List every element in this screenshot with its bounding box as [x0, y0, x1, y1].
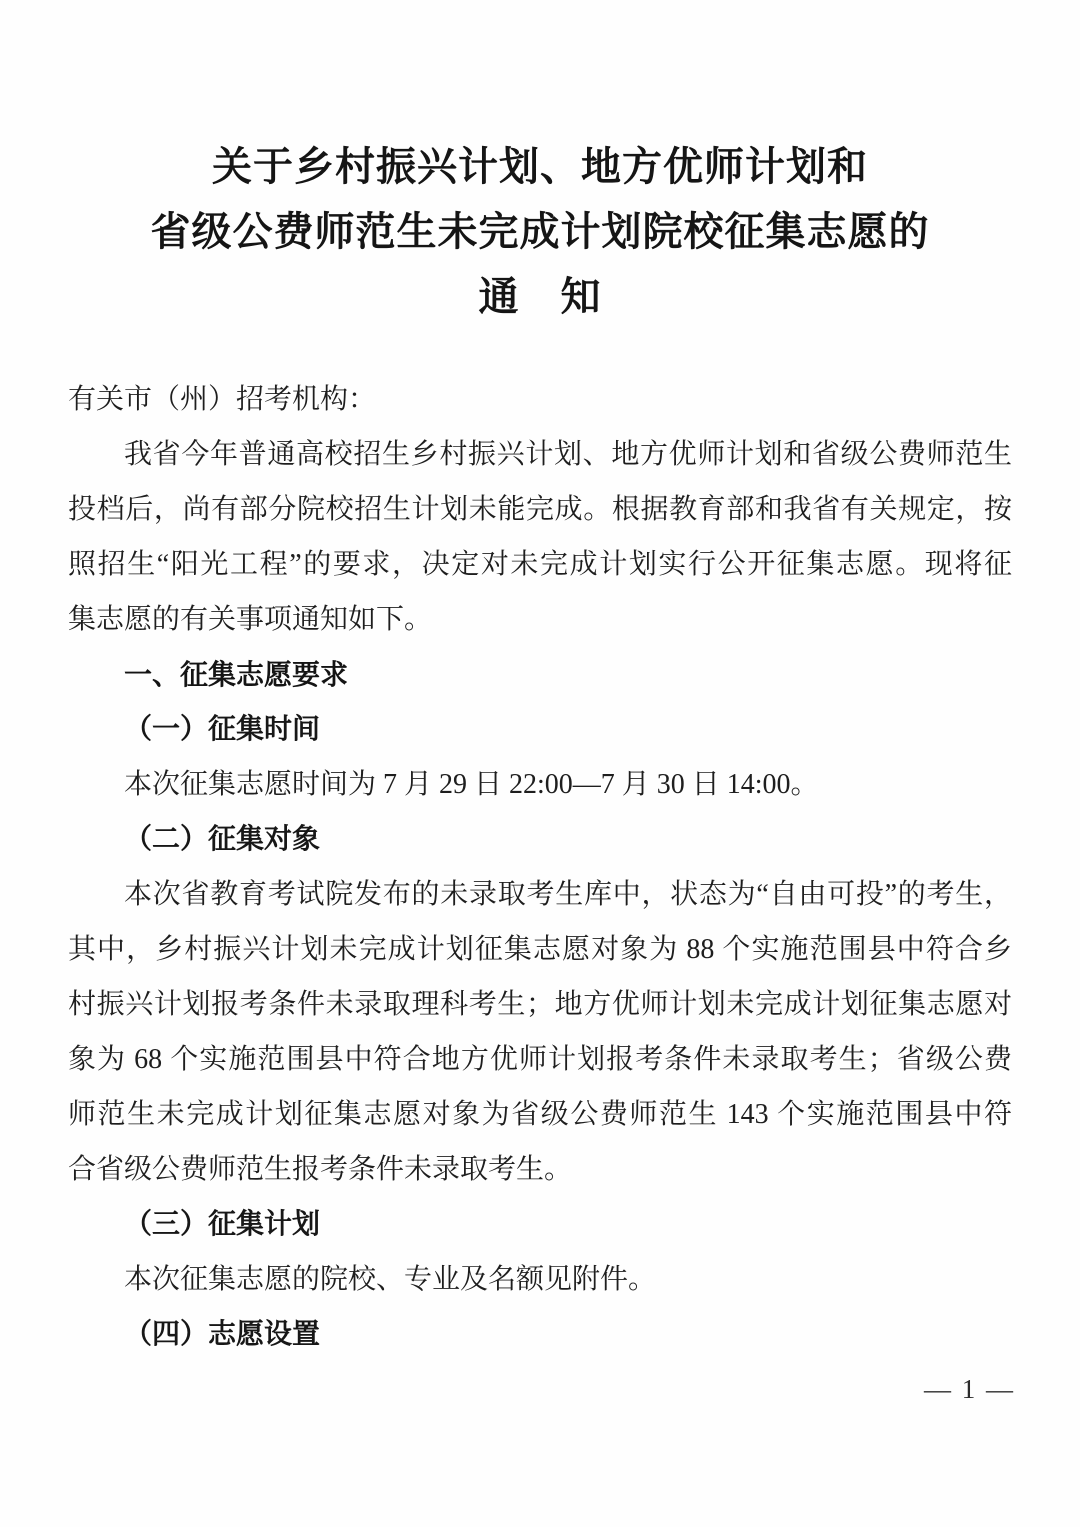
subsection-heading: （二）征集对象: [68, 812, 1012, 867]
paragraph-line: 本次省教育考试院发布的未录取考生库中，状态为“自由可投”的考生，: [68, 867, 1012, 922]
paragraph-line: 集志愿的有关事项通知如下。: [68, 592, 1012, 647]
title-line-3: 通 知: [0, 265, 1080, 330]
subsection-heading: （四）志愿设置: [68, 1307, 1012, 1362]
paragraph-line: 象为 68 个实施范围县中符合地方优师计划报考条件未录取考生；省级公费: [68, 1032, 1012, 1087]
salutation: 有关市（州）招考机构：: [68, 372, 1012, 427]
title-line-1: 关于乡村振兴计划、地方优师计划和: [0, 135, 1080, 200]
paragraph-line: 本次征集志愿时间为 7 月 29 日 22:00—7 月 30 日 14:00。: [68, 757, 1012, 812]
title-line-2: 省级公费师范生未完成计划院校征集志愿的: [0, 200, 1080, 265]
paragraph-line: 其中，乡村振兴计划未完成计划征集志愿对象为 88 个实施范围县中符合乡: [68, 922, 1012, 977]
paragraph-line: 师范生未完成计划征集志愿对象为省级公费师范生 143 个实施范围县中符: [68, 1087, 1012, 1142]
document-page: 关于乡村振兴计划、地方优师计划和 省级公费师范生未完成计划院校征集志愿的 通 知…: [0, 0, 1080, 1527]
page-footer: — 1 —: [0, 1362, 1080, 1417]
document-title: 关于乡村振兴计划、地方优师计划和 省级公费师范生未完成计划院校征集志愿的 通 知: [0, 135, 1080, 330]
paragraph-line: 照招生“阳光工程”的要求，决定对未完成计划实行公开征集志愿。现将征: [68, 537, 1012, 592]
paragraph-line: 投档后，尚有部分院校招生计划未能完成。根据教育部和我省有关规定，按: [68, 482, 1012, 537]
document-body: 有关市（州）招考机构： 我省今年普通高校招生乡村振兴计划、地方优师计划和省级公费…: [0, 372, 1080, 1362]
paragraph-line: 本次征集志愿的院校、专业及名额见附件。: [68, 1252, 1012, 1307]
paragraph-line: 我省今年普通高校招生乡村振兴计划、地方优师计划和省级公费师范生: [68, 427, 1012, 482]
paragraph-line: 合省级公费师范生报考条件未录取考生。: [68, 1142, 1012, 1197]
subsection-heading: （三）征集计划: [68, 1197, 1012, 1252]
paragraph-line: 村振兴计划报考条件未录取理科考生；地方优师计划未完成计划征集志愿对: [68, 977, 1012, 1032]
subsection-heading: （一）征集时间: [68, 702, 1012, 757]
section-heading: 一、征集志愿要求: [68, 647, 1012, 702]
page-number: — 1 —: [924, 1374, 1015, 1404]
